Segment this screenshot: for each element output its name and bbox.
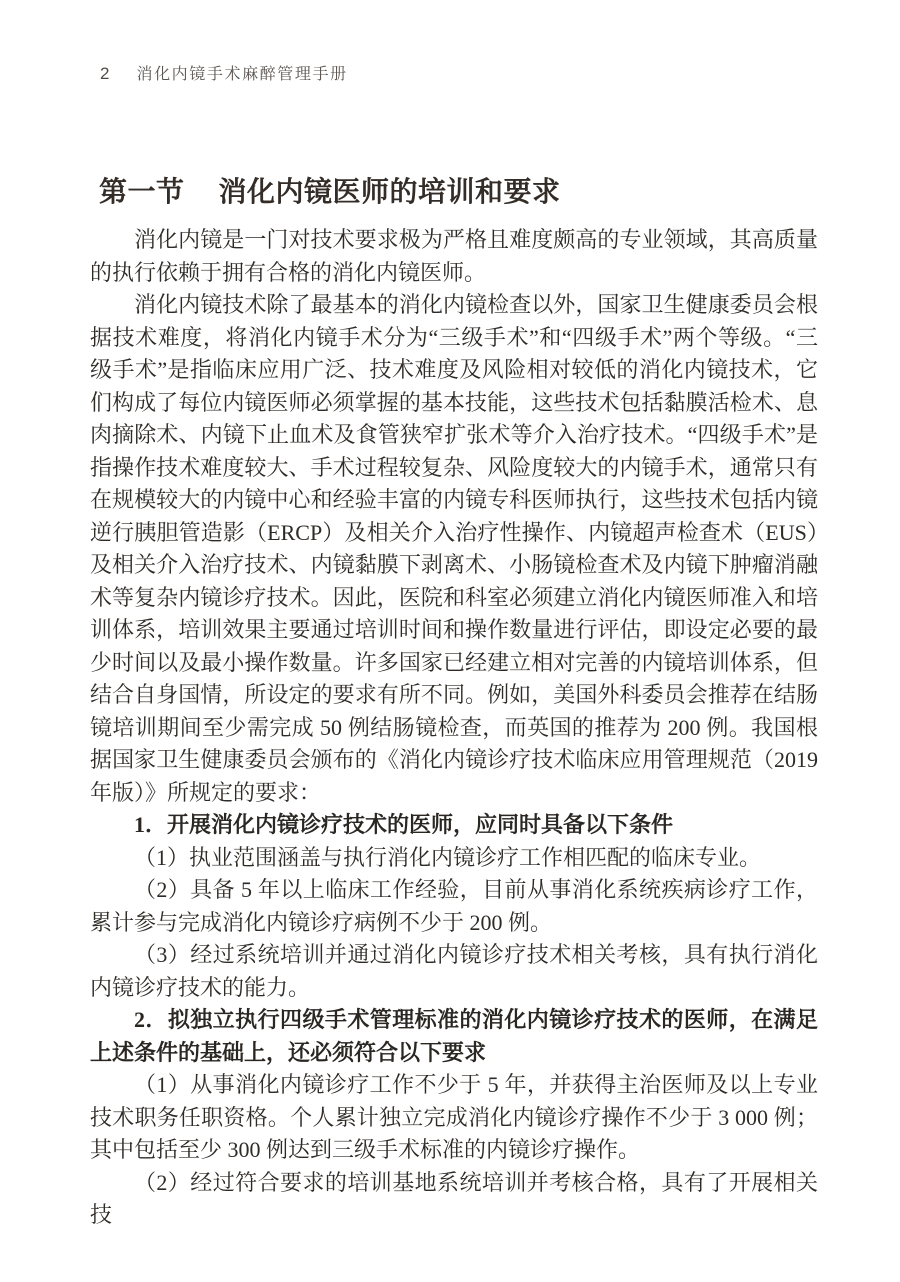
section-label: 第一节 [99, 174, 185, 210]
section-title: 消化内镜医师的培训和要求 [219, 174, 561, 210]
item-1-3: （3）经过系统培训并通过消化内镜诊疗技术相关考核，具有执行消化内镜诊疗技术的能力… [90, 939, 818, 1004]
section-heading: 第一节 消化内镜医师的培训和要求 [99, 174, 561, 210]
page-number: 2 [100, 64, 109, 84]
running-head: 2 消化内镜手术麻醉管理手册 [100, 61, 348, 84]
running-title: 消化内镜手术麻醉管理手册 [136, 61, 347, 84]
subheading-requirement-2: 2．拟独立执行四级手术管理标准的消化内镜诊疗技术的医师，在满足上述条件的基础上，… [90, 1004, 818, 1069]
paragraph-intro: 消化内镜是一门对技术要求极为严格且难度颇高的专业领域，其高质量的执行依赖于拥有合… [90, 224, 818, 289]
paragraph-overview: 消化内镜技术除了最基本的消化内镜检查以外，国家卫生健康委员会根据技术难度，将消化… [90, 289, 818, 809]
book-page: { "page": { "number": "2", "running_titl… [0, 0, 900, 1282]
item-1-1: （1）执业范围涵盖与执行消化内镜诊疗工作相匹配的临床专业。 [90, 842, 818, 875]
page-body: 消化内镜是一门对技术要求极为严格且难度颇高的专业领域，其高质量的执行依赖于拥有合… [90, 224, 818, 1232]
subheading-requirement-1: 1．开展消化内镜诊疗技术的医师，应同时具备以下条件 [90, 809, 818, 842]
item-1-2: （2）具备 5 年以上临床工作经验，目前从事消化系统疾病诊疗工作，累计参与完成消… [90, 874, 818, 939]
item-2-2: （2）经过符合要求的培训基地系统培训并考核合格，具有了开展相关技 [90, 1167, 818, 1232]
item-2-1: （1）从事消化内镜诊疗工作不少于 5 年，并获得主治医师及以上专业技术职务任职资… [90, 1069, 818, 1167]
